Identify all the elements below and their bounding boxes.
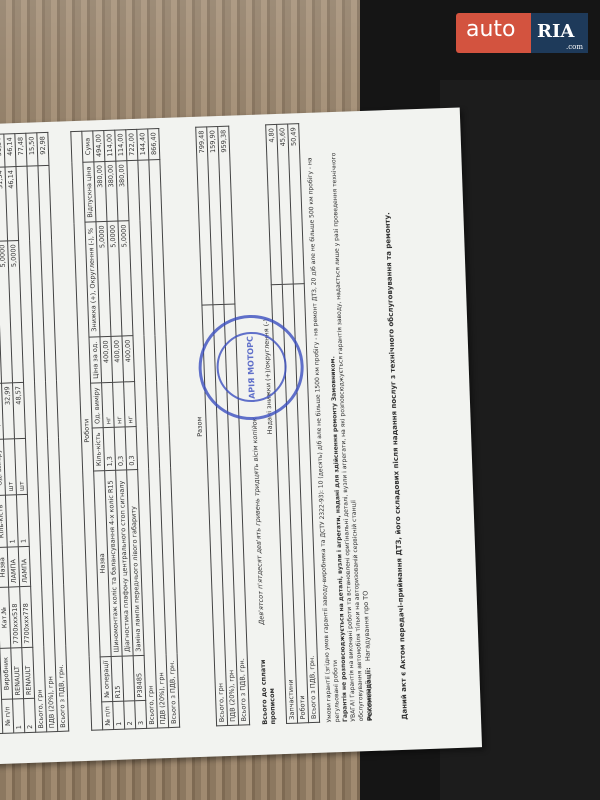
total-value: 92,98: [37, 132, 49, 165]
summary-title: Разом: [195, 416, 204, 437]
watermark-ria-text: RIA: [537, 21, 574, 42]
to-pay-label: Всього до сплати прописом: [259, 654, 277, 725]
document-content: 1 Запчастини № п/пВиробникКат.№НазваКіль…: [0, 109, 441, 745]
footer-note: Даний акт є Актом передачі-приймання ДТЗ…: [383, 212, 409, 720]
recommendations: Нагадування про ТО: [362, 591, 372, 662]
invoice-document: 1 Запчастини № п/пВиробникКат.№НазваКіль…: [0, 108, 482, 765]
works-table: Роботи № п/п№ операціїНазваКіль-кістьОд.…: [70, 128, 180, 731]
autoria-watermark: auto RIA.com: [456, 13, 588, 53]
watermark-ria: RIA.com: [531, 13, 588, 53]
recommendations-label: Рекомендації:: [364, 667, 374, 721]
total-value: 866,40: [148, 129, 160, 160]
parts-table: Запчастини № п/пВиробникКат.№НазваКіль-к…: [0, 132, 69, 734]
watermark-domain: .com: [566, 43, 583, 51]
to-pay-words: Дев'ятсот п'ятдесят дев'ять гривень трид…: [250, 417, 265, 625]
watermark-auto: auto: [456, 13, 531, 53]
stamp-text: АРІЯ МОТОРС: [215, 331, 287, 403]
